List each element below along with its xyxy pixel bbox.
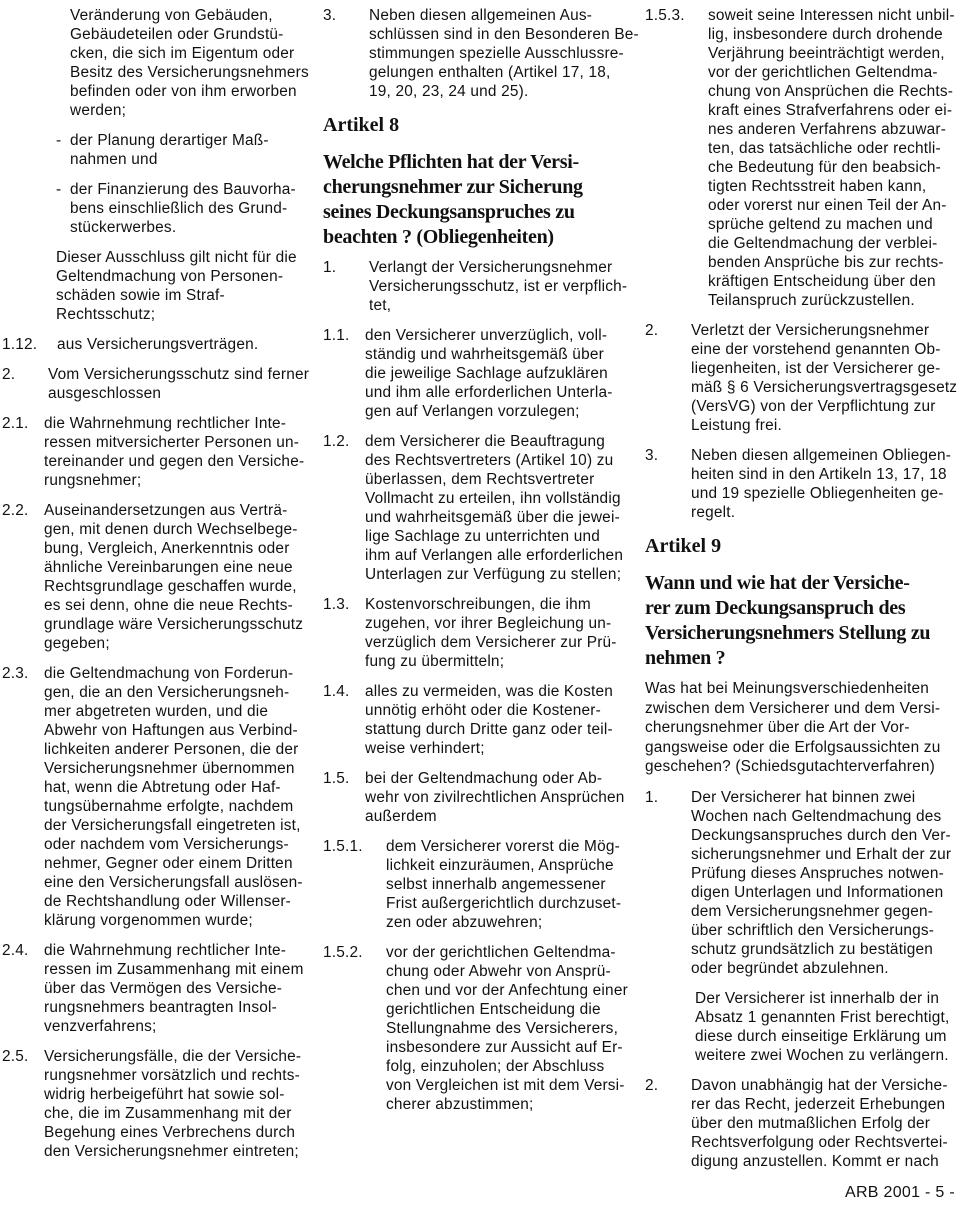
clause-8-1-4: 1.4. alles zu vermeiden, was die Kosten …: [323, 682, 635, 758]
clause-number: 1.2.: [323, 432, 349, 451]
clause-text: Was hat bei Meinungsverschiedenheiten zw…: [645, 679, 959, 777]
clause-9-1-continuation: Der Versicherer ist innerhalb der in Abs…: [645, 989, 959, 1065]
clause-3: 3. Neben diesen allgemeinen Aus- schlüss…: [323, 6, 635, 101]
clause-2-1: 2.1. die Wahrnehmung rechtlicher Inte- r…: [2, 414, 314, 490]
clause-number: 1.3.: [323, 595, 349, 614]
article-9-title: Wann und wie hat der Versiche- rer zum D…: [645, 571, 959, 671]
article-9-label: Artikel 9: [645, 533, 959, 559]
clause-text: soweit seine Interessen nicht unbil- lig…: [645, 6, 959, 310]
clause-text: Neben diesen allgemeinen Obliegen- heite…: [645, 446, 959, 522]
clause-2-5: 2.5. Versicherungsfälle, die der Versich…: [2, 1047, 314, 1161]
clause-2-3: 2.3. die Geltendmachung von Forderun- ge…: [2, 664, 314, 930]
clause-text: Auseinandersetzungen aus Verträ- gen, mi…: [2, 501, 314, 653]
clause-8-1: 1. Verlangt der Versicherungsnehmer Vers…: [323, 258, 635, 315]
clause-8-1-2: 1.2. dem Versicherer die Beauftragung de…: [323, 432, 635, 584]
column-left: Veränderung von Gebäuden, Gebäudeteilen …: [2, 6, 314, 1172]
clause-8-1-1: 1.1. den Versicherer unverzüglich, voll-…: [323, 326, 635, 421]
clause-9-2: 2. Davon unabhängig hat der Versiche- re…: [645, 1076, 959, 1171]
clause-8-1-5-1: 1.5.1. dem Versicherer vorerst die Mög- …: [323, 837, 635, 932]
clause-text: aus Versicherungsverträgen.: [2, 335, 314, 354]
clause-text: Verletzt der Versicherungsnehmer eine de…: [645, 321, 959, 435]
dash-bullet: -: [56, 180, 61, 199]
clause-8-1-5: 1.5. bei der Geltendmachung oder Ab- weh…: [323, 769, 635, 826]
article-8-label: Artikel 8: [323, 112, 635, 138]
clause-text: den Versicherer unverzüglich, voll- stän…: [323, 326, 635, 421]
dash-item-financing: - der Finanzierung des Bauvorha- bens ei…: [2, 180, 314, 237]
clause-text: die Wahrnehmung rechtlicher Inte- ressen…: [2, 414, 314, 490]
dash-item-planning: - der Planung derartiger Maß- nahmen und: [2, 131, 314, 169]
clause-number: 1.: [323, 258, 336, 277]
clause-number: 2.3.: [2, 664, 28, 683]
clause-number: 2.5.: [2, 1047, 28, 1066]
clause-1-12: 1.12. aus Versicherungsverträgen.: [2, 335, 314, 354]
clause-text: Versicherungsfälle, die der Versiche- ru…: [2, 1047, 314, 1161]
clause-number: 2.: [2, 365, 15, 384]
clause-text: vor der gerichtlichen Geltendma- chung o…: [323, 943, 635, 1114]
article-9-subtitle: Was hat bei Meinungsverschiedenheiten zw…: [645, 679, 959, 777]
dash-bullet: -: [56, 131, 61, 150]
clause-text: Verlangt der Versicherungsnehmer Versich…: [323, 258, 635, 315]
clause-number: 1.: [645, 788, 658, 807]
clause-text: die Geltendmachung von Forderun- gen, di…: [2, 664, 314, 930]
clause-number: 2.4.: [2, 941, 28, 960]
clause-text: dem Versicherer vorerst die Mög- lichkei…: [323, 837, 635, 932]
clause-number: 1.5.3.: [645, 6, 685, 25]
clause-9-1: 1. Der Versicherer hat binnen zwei Woche…: [645, 788, 959, 978]
column-right: 1.5.3. soweit seine Interessen nicht unb…: [645, 6, 959, 1182]
list-continuation-building-changes: Veränderung von Gebäuden, Gebäudeteilen …: [2, 6, 314, 120]
exclusion-note: Dieser Ausschluss gilt nicht für die Gel…: [2, 248, 314, 324]
article-8-title: Welche Pflichten hat der Versi- cherungs…: [323, 150, 635, 250]
clause-text: alles zu vermeiden, was die Kosten unnöt…: [323, 682, 635, 758]
clause-number: 3.: [323, 6, 336, 25]
clause-number: 1.1.: [323, 326, 349, 345]
document-page: Veränderung von Gebäuden, Gebäudeteilen …: [0, 0, 960, 1211]
page-footer: ARB 2001 - 5 -: [845, 1184, 955, 1202]
clause-number: 2.1.: [2, 414, 28, 433]
clause-number: 1.5.: [323, 769, 349, 788]
clause-text: die Wahrnehmung rechtlicher Inte- ressen…: [2, 941, 314, 1036]
clause-text: Davon unabhängig hat der Versiche- rer d…: [645, 1076, 959, 1171]
column-middle: 3. Neben diesen allgemeinen Aus- schlüss…: [323, 6, 635, 1125]
clause-2-4: 2.4. die Wahrnehmung rechtlicher Inte- r…: [2, 941, 314, 1036]
clause-text: Der Versicherer ist innerhalb der in Abs…: [645, 989, 959, 1065]
clause-text: Kostenvorschreibungen, die ihm zugehen, …: [323, 595, 635, 671]
clause-number: 3.: [645, 446, 658, 465]
clause-2-2: 2.2. Auseinandersetzungen aus Verträ- ge…: [2, 501, 314, 653]
clause-8-3: 3. Neben diesen allgemeinen Obliegen- he…: [645, 446, 959, 522]
clause-8-1-5-3: 1.5.3. soweit seine Interessen nicht unb…: [645, 6, 959, 310]
clause-8-1-5-2: 1.5.2. vor der gerichtlichen Geltendma- …: [323, 943, 635, 1114]
clause-text: bei der Geltendmachung oder Ab- wehr von…: [323, 769, 635, 826]
clause-text: der Finanzierung des Bauvorha- bens eins…: [2, 180, 314, 237]
clause-number: 1.5.2.: [323, 943, 363, 962]
clause-text: Neben diesen allgemeinen Aus- schlüssen …: [323, 6, 635, 101]
clause-text: dem Versicherer die Beauftragung des Rec…: [323, 432, 635, 584]
clause-number: 1.5.1.: [323, 837, 363, 856]
clause-text: Vom Versicherungsschutz sind ferner ausg…: [2, 365, 314, 403]
clause-number: 2.: [645, 321, 658, 340]
clause-8-2: 2. Verletzt der Versicherungsnehmer eine…: [645, 321, 959, 435]
clause-number: 2.: [645, 1076, 658, 1095]
clause-number: 1.4.: [323, 682, 349, 701]
clause-8-1-3: 1.3. Kostenvorschreibungen, die ihm zuge…: [323, 595, 635, 671]
clause-2: 2. Vom Versicherungsschutz sind ferner a…: [2, 365, 314, 403]
clause-number: 2.2.: [2, 501, 28, 520]
clause-text: der Planung derartiger Maß- nahmen und: [2, 131, 314, 169]
clause-text: Veränderung von Gebäuden, Gebäudeteilen …: [2, 6, 314, 120]
clause-text: Dieser Ausschluss gilt nicht für die Gel…: [2, 248, 314, 324]
clause-text: Der Versicherer hat binnen zwei Wochen n…: [645, 788, 959, 978]
clause-number: 1.12.: [2, 335, 37, 354]
